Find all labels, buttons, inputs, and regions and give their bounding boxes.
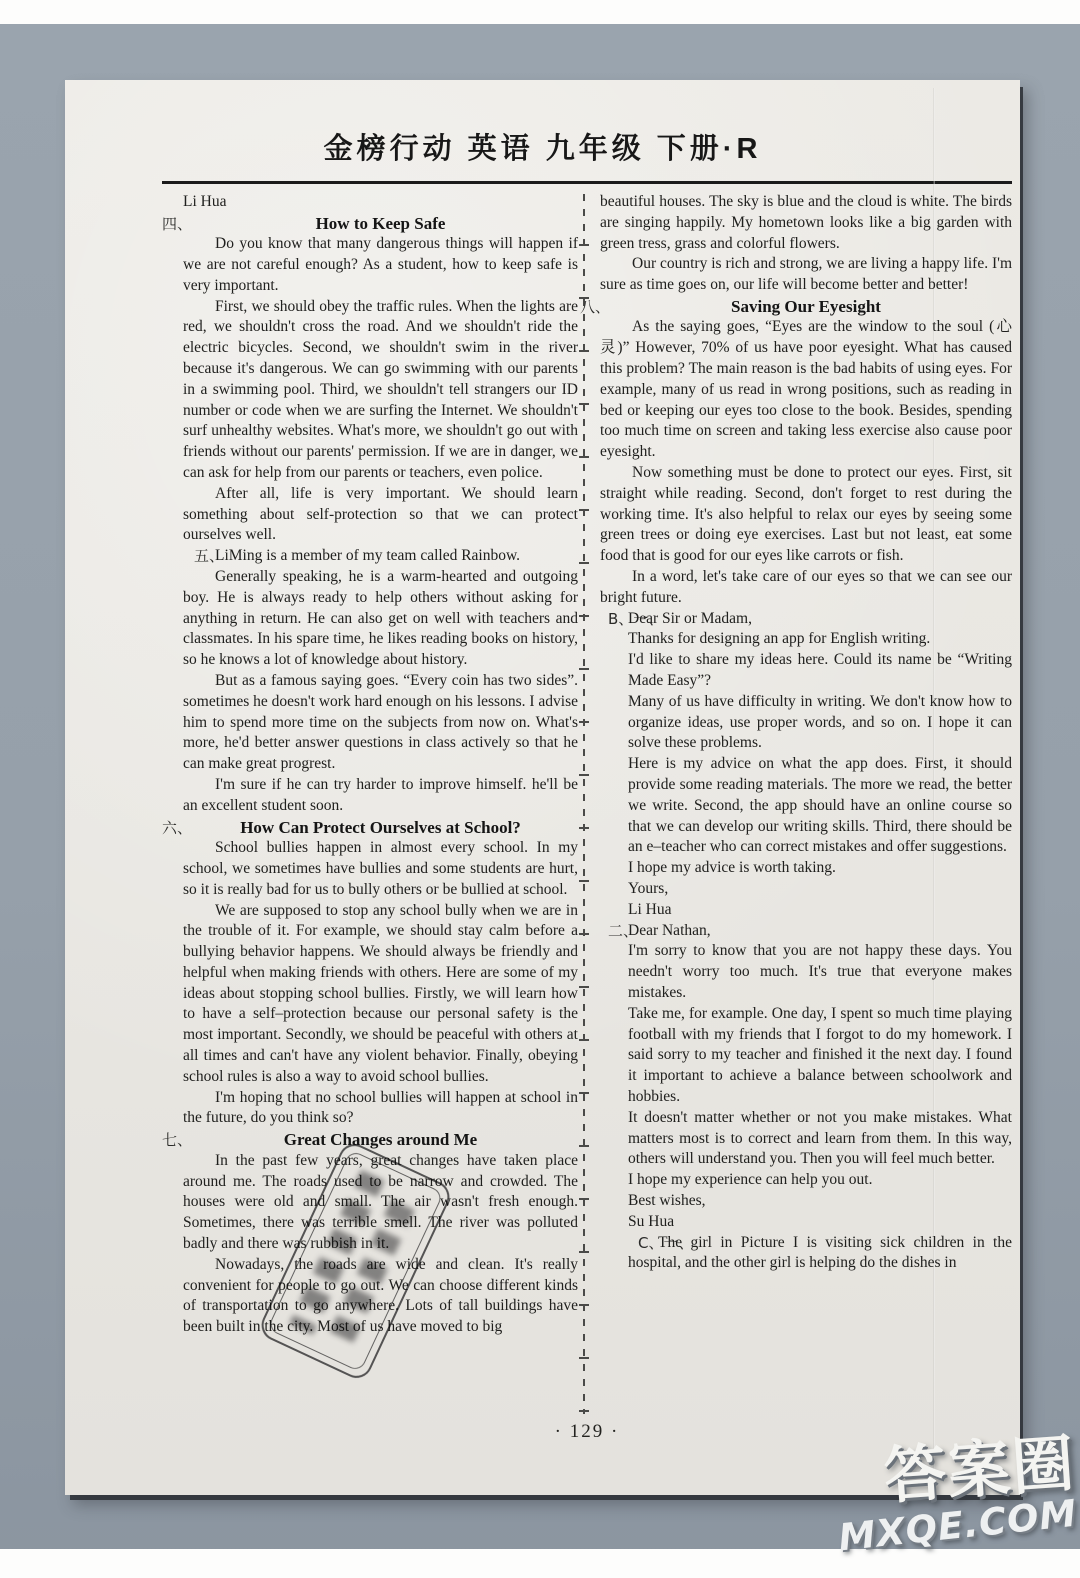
paragraph: I'm hoping that no school bullies will h… [183, 1088, 578, 1130]
section-7-marker: 七、 [162, 1129, 192, 1150]
letter-line: I hope my advice is worth taking. [628, 858, 1012, 879]
header-rule [162, 181, 1012, 184]
top-white-band [0, 0, 1080, 24]
letter-line: I hope my experience can help you out. [628, 1170, 1012, 1191]
section-c-marker: C、一、 [608, 1233, 693, 1254]
section-5-marker: 五、 [162, 546, 224, 567]
paragraph: School bullies happen in almost every sc… [183, 838, 578, 900]
letter-line: Thanks for designing an app for English … [628, 629, 1012, 650]
section-c-text: C、一、The girl in Picture I is visiting si… [628, 1233, 1012, 1275]
paragraph: After all, life is very important. We sh… [183, 484, 578, 546]
paragraph: As the saying goes, “Eyes are the window… [600, 317, 1012, 463]
letter-closing: Yours, [628, 879, 1012, 900]
section-6-heading: 六、 How Can Protect Ourselves at School? [183, 817, 578, 839]
paragraph: We are supposed to stop any school bully… [183, 901, 578, 1088]
paragraph: In the past few years, great changes hav… [183, 1151, 578, 1255]
section-4-heading: 四、 How to Keep Safe [183, 213, 578, 235]
book-header-title: 金榜行动 英语 九年级 下册·R [65, 126, 1020, 167]
letter-line: I'm sorry to know that you are not happy… [628, 941, 1012, 1003]
section-8-heading: 八、 Saving Our Eyesight [600, 296, 1012, 318]
section-4-marker: 四、 [162, 213, 192, 234]
letter-closing: Best wishes, [628, 1191, 1012, 1212]
scanned-page: 金榜行动 英语 九年级 下册·R Li Hua 四、 How to Keep S… [65, 80, 1020, 1495]
salutation-text: Dear Nathan, [628, 922, 711, 939]
letter-salutation: 二、Dear Nathan, [628, 921, 1012, 942]
section-6-title: How Can Protect Ourselves at School? [183, 817, 578, 839]
letter-line: I'd like to share my ideas here. Could i… [628, 650, 1012, 692]
paragraph: I'm sure if he can try harder to improve… [183, 775, 578, 817]
letter-line: It doesn't matter whether or not you mak… [628, 1108, 1012, 1170]
section-8-marker: 八、 [580, 296, 610, 317]
section-7-title: Great Changes around Me [183, 1129, 578, 1151]
section-8-title: Saving Our Eyesight [600, 296, 1012, 318]
section-5-lead: 五、LiMing is a member of my team called R… [183, 546, 578, 567]
continuation-paragraph: Our country is rich and strong, we are l… [600, 254, 1012, 296]
letter-to-sir-or-madam: B、一、Dear Sir or Madam, Thanks for design… [628, 609, 1012, 921]
letter-2-marker: 二、 [608, 921, 638, 942]
letter-line: Take me, for example. One day, I spent s… [628, 1004, 1012, 1108]
paragraph: First, we should obey the traffic rules.… [183, 297, 578, 484]
section-4-title: How to Keep Safe [183, 213, 578, 235]
letter-signature: Su Hua [628, 1212, 1012, 1233]
continuation-paragraph: beautiful houses. The sky is blue and th… [600, 192, 1012, 254]
right-column: beautiful houses. The sky is blue and th… [590, 192, 1012, 1422]
paragraph: Do you know that many dangerous things w… [183, 234, 578, 296]
letter-salutation: B、一、Dear Sir or Madam, [628, 609, 1012, 630]
letter-line: Here is my advice on what the app does. … [628, 754, 1012, 858]
paragraph: Now something must be done to protect ou… [600, 463, 1012, 567]
section-c: C、一、The girl in Picture I is visiting si… [628, 1233, 1012, 1275]
letter-to-nathan: 二、Dear Nathan, I'm sorry to know that yo… [628, 921, 1012, 1233]
bottom-white-band [0, 1549, 1080, 1578]
section-6-marker: 六、 [162, 817, 192, 838]
page-content: Li Hua 四、 How to Keep Safe Do you know t… [162, 192, 1012, 1422]
paragraph: In a word, let's take care of our eyes s… [600, 567, 1012, 609]
section-5-lead-text: LiMing is a member of my team called Rai… [215, 547, 520, 564]
paragraph: Nowadays, the roads are wide and clean. … [183, 1255, 578, 1338]
paragraph: But as a famous saying goes. “Every coin… [183, 671, 578, 775]
left-column: Li Hua 四、 How to Keep Safe Do you know t… [162, 192, 578, 1422]
letter-line: Many of us have difficulty in writing. W… [628, 692, 1012, 754]
column-divider [578, 192, 590, 1422]
carryover-signature: Li Hua [183, 192, 578, 213]
letter-signature: Li Hua [628, 900, 1012, 921]
letter-b1-marker: B、一、 [608, 609, 663, 630]
section-7-heading: 七、 Great Changes around Me [183, 1129, 578, 1151]
paragraph: Generally speaking, he is a warm-hearted… [183, 567, 578, 671]
page-number: · 129 · [162, 1421, 1012, 1443]
